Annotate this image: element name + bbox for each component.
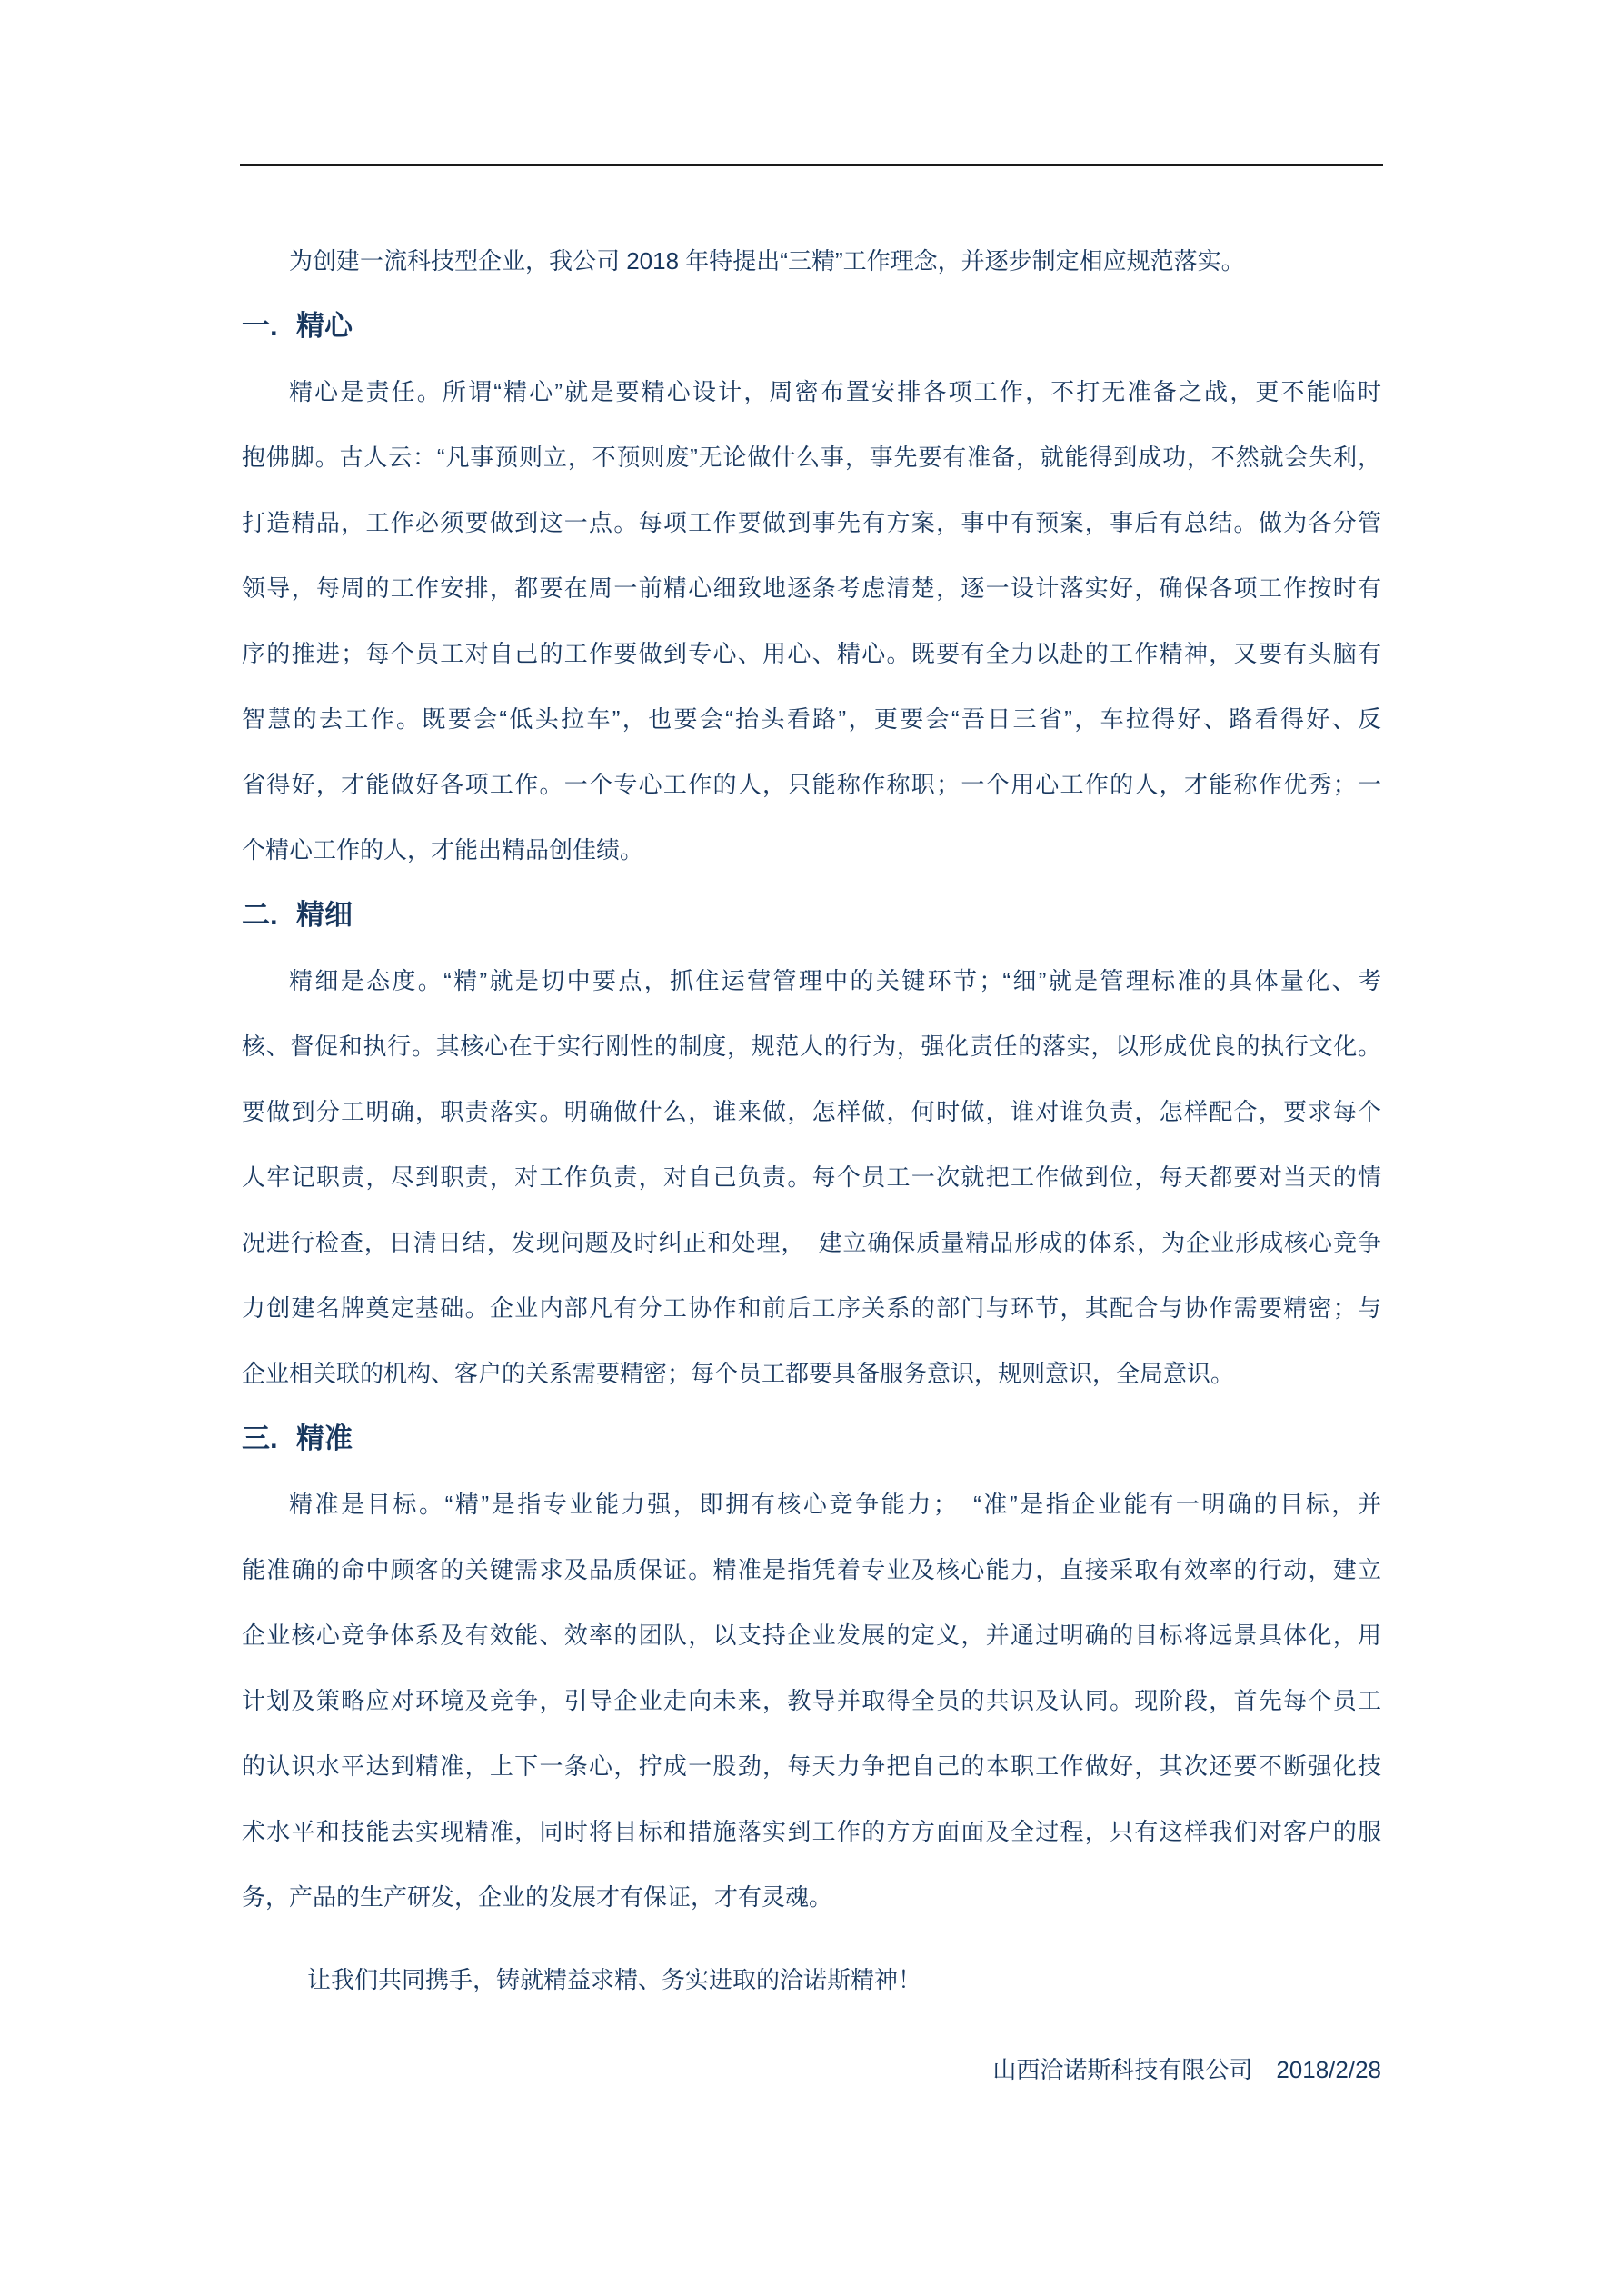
- text-line: 为创建一流科技型企业，我公司 2018 年特提出“三精”工作理念，并逐步制定相应…: [242, 228, 1381, 294]
- section-number: 二.: [242, 883, 296, 948]
- text-line: 精准是目标。“精”是指专业能力强，即拥有核心竞争能力； “准”是指企业能有一明确…: [242, 1472, 1381, 1537]
- section-number: 一.: [242, 294, 296, 359]
- section-2-heading: 二.精细: [242, 883, 1381, 948]
- section-title: 精准: [296, 1423, 353, 1454]
- text-line: 的认识水平达到精准，上下一条心，拧成一股劲，每天力争把自己的本职工作做好，其次还…: [242, 1733, 1381, 1799]
- text-line: 要做到分工明确，职责落实。明确做什么，谁来做，怎样做，何时做，谁对谁负责，怎样配…: [242, 1079, 1381, 1144]
- document-page: 为创建一流科技型企业，我公司 2018 年特提出“三精”工作理念，并逐步制定相应…: [0, 0, 1623, 2296]
- header-rule: [240, 164, 1383, 166]
- text-line: 序的推进；每个员工对自己的工作要做到专心、用心、精心。既要有全力以赴的工作精神，…: [242, 621, 1381, 686]
- text-line: 企业核心竞争体系及有效能、效率的团队，以支持企业发展的定义，并通过明确的目标将远…: [242, 1602, 1381, 1668]
- text-line: 个精心工作的人，才能出精品创佳绩。: [242, 817, 1381, 883]
- section-title: 精心: [296, 310, 353, 342]
- document-body: 为创建一流科技型企业，我公司 2018 年特提出“三精”工作理念，并逐步制定相应…: [242, 228, 1381, 2102]
- section-3-heading: 三.精准: [242, 1406, 1381, 1472]
- text-line: 精细是态度。“精”就是切中要点，抓住运营管理中的关键环节；“细”就是管理标准的具…: [242, 948, 1381, 1013]
- text-line: 让我们共同携手，铸就精益求精、务实进取的洽诺斯精神！: [242, 1947, 1381, 2012]
- text-line: 能准确的命中顾客的关键需求及品质保证。精准是指凭着专业及核心能力，直接采取有效率…: [242, 1537, 1381, 1602]
- signature-line: 山西洽诺斯科技有限公司 2018/2/28: [242, 2037, 1381, 2102]
- section-title: 精细: [296, 899, 353, 931]
- section-1-heading: 一.精心: [242, 294, 1381, 359]
- section-number: 三.: [242, 1406, 296, 1472]
- text-line: 抱佛脚。古人云：“凡事预则立，不预则废”无论做什么事，事先要有准备，就能得到成功…: [242, 424, 1381, 490]
- text-line: 人牢记职责，尽到职责，对工作负责，对自己负责。每个员工一次就把工作做到位，每天都…: [242, 1144, 1381, 1210]
- text-line: 省得好，才能做好各项工作。一个专心工作的人，只能称作称职；一个用心工作的人，才能…: [242, 752, 1381, 817]
- text-line: 术水平和技能去实现精准，同时将目标和措施落实到工作的方方面面及全过程，只有这样我…: [242, 1799, 1381, 1864]
- text-line: 企业相关联的机构、客户的关系需要精密；每个员工都要具备服务意识，规则意识，全局意…: [242, 1341, 1381, 1406]
- text-line: 计划及策略应对环境及竞争，引导企业走向未来，教导并取得全员的共识及认同。现阶段，…: [242, 1668, 1381, 1733]
- text-line: 力创建名牌奠定基础。企业内部凡有分工协作和前后工序关系的部门与环节，其配合与协作…: [242, 1275, 1381, 1341]
- text-line: 精心是责任。所谓“精心”就是要精心设计，周密布置安排各项工作，不打无准备之战，更…: [242, 359, 1381, 424]
- text-line: 务，产品的生产研发，企业的发展才有保证，才有灵魂。: [242, 1864, 1381, 1930]
- text-line: 打造精品，工作必须要做到这一点。每项工作要做到事先有方案，事中有预案，事后有总结…: [242, 490, 1381, 555]
- text-line: 领导，每周的工作安排，都要在周一前精心细致地逐条考虑清楚，逐一设计落实好，确保各…: [242, 555, 1381, 621]
- text-line: 智慧的去工作。既要会“低头拉车”，也要会“抬头看路”，更要会“吾日三省”，车拉得…: [242, 686, 1381, 752]
- text-line: 核、督促和执行。其核心在于实行刚性的制度，规范人的行为，强化责任的落实，以形成优…: [242, 1013, 1381, 1079]
- text-line: 况进行检查，日清日结，发现问题及时纠正和处理， 建立确保质量精品形成的体系，为企…: [242, 1210, 1381, 1275]
